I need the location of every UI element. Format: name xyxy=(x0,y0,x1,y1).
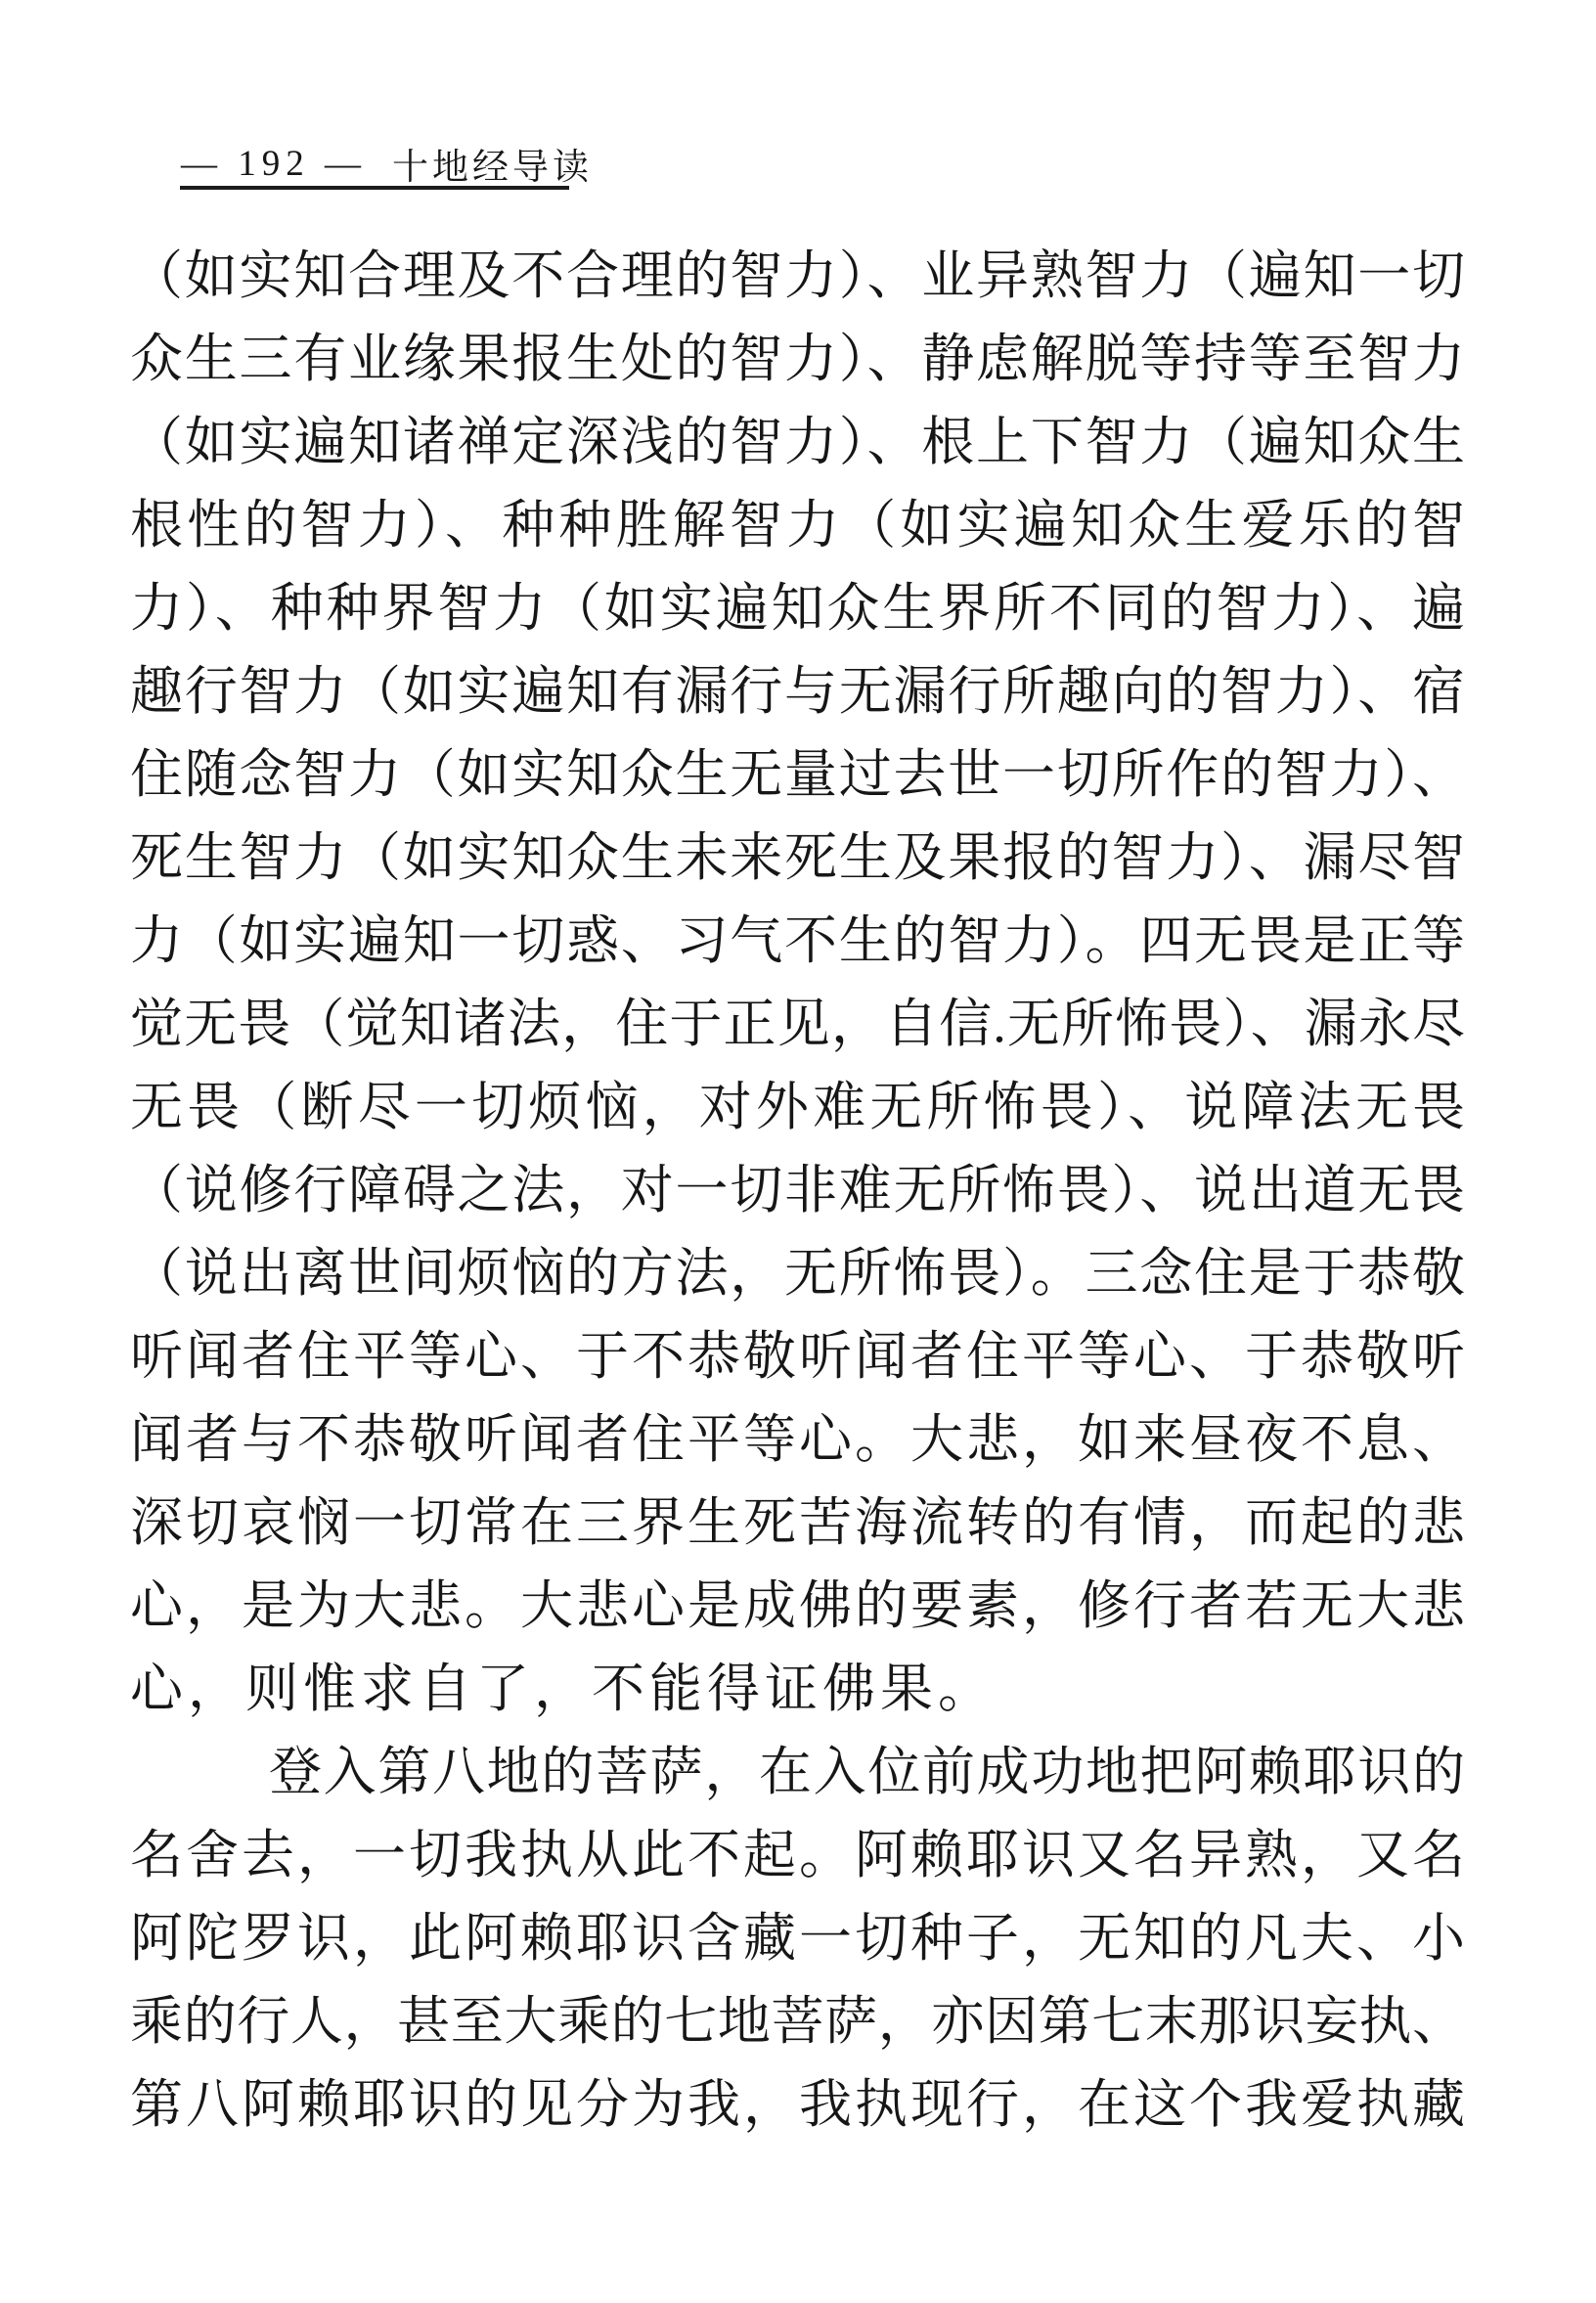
text-line: 死生智力（如实知众生未来死生及果报的智力）、漏尽智 xyxy=(130,817,1465,900)
text-line: 觉无畏（觉知诸法，住于正见，自信.无所怖畏）、漏永尽 xyxy=(130,983,1465,1066)
header-rule xyxy=(180,186,569,190)
running-head: — 192 — 十地经导读 xyxy=(181,141,593,186)
page-number: — 192 — xyxy=(181,143,367,185)
text-line: 心，是为大悲。大悲心是成佛的要素，修行者若无大悲 xyxy=(130,1565,1465,1648)
text-line: 听闻者住平等心、于不恭敬听闻者住平等心、于恭敬听 xyxy=(130,1315,1465,1398)
text-line: 第八阿赖耶识的见分为我，我执现行，在这个我爱执藏 xyxy=(130,2063,1465,2147)
text-line: （说出离世间烦恼的方法，无所怖畏）。三念住是于恭敬 xyxy=(130,1232,1465,1315)
text-line: 力）、种种界智力（如实遍知众生界所不同的智力）、遍 xyxy=(130,567,1465,650)
text-line: 名舍去，一切我执从此不起。阿赖耶识又名异熟，又名 xyxy=(130,1814,1465,1897)
text-line-paragraph-end: 心，则惟求自了，不能得证佛果。 xyxy=(130,1648,1465,1731)
text-block: （如实知合理及不合理的智力）、业异熟智力（遍知一切 众生三有业缘果报生处的智力）… xyxy=(130,235,1465,2147)
text-line: （如实遍知诸禅定深浅的智力）、根上下智力（遍知众生 xyxy=(130,401,1465,484)
book-title: 十地经导读 xyxy=(392,137,593,190)
text-line: 深切哀悯一切常在三界生死苦海流转的有情，而起的悲 xyxy=(130,1482,1465,1565)
text-line: 无畏（断尽一切烦恼，对外难无所怖畏）、说障法无畏 xyxy=(130,1066,1465,1149)
text-line: （如实知合理及不合理的智力）、业异熟智力（遍知一切 xyxy=(130,235,1465,318)
text-line: 趣行智力（如实遍知有漏行与无漏行所趣向的智力）、宿 xyxy=(130,650,1465,733)
text-line: （说修行障碍之法，对一切非难无所怖畏）、说出道无畏 xyxy=(130,1149,1465,1232)
text-line: 众生三有业缘果报生处的智力）、静虑解脱等持等至智力 xyxy=(130,318,1465,401)
book-page: — 192 — 十地经导读 （如实知合理及不合理的智力）、业异熟智力（遍知一切 … xyxy=(0,0,1596,2303)
text-line: 根性的智力）、种种胜解智力（如实遍知众生爱乐的智 xyxy=(130,484,1465,567)
text-line: 阿陀罗识，此阿赖耶识含藏一切种子，无知的凡夫、小 xyxy=(130,1897,1465,1980)
text-line: 住随念智力（如实知众生无量过去世一切所作的智力）、 xyxy=(130,733,1465,817)
text-line: 力（如实遍知一切惑、习气不生的智力）。四无畏是正等 xyxy=(130,900,1465,983)
text-line: 闻者与不恭敬听闻者住平等心。大悲，如来昼夜不息、 xyxy=(130,1398,1465,1482)
text-line-paragraph-start: 登入第八地的菩萨，在入位前成功地把阿赖耶识的 xyxy=(130,1731,1465,1814)
text-line: 乘的行人，甚至大乘的七地菩萨，亦因第七末那识妄执、 xyxy=(130,1980,1465,2063)
